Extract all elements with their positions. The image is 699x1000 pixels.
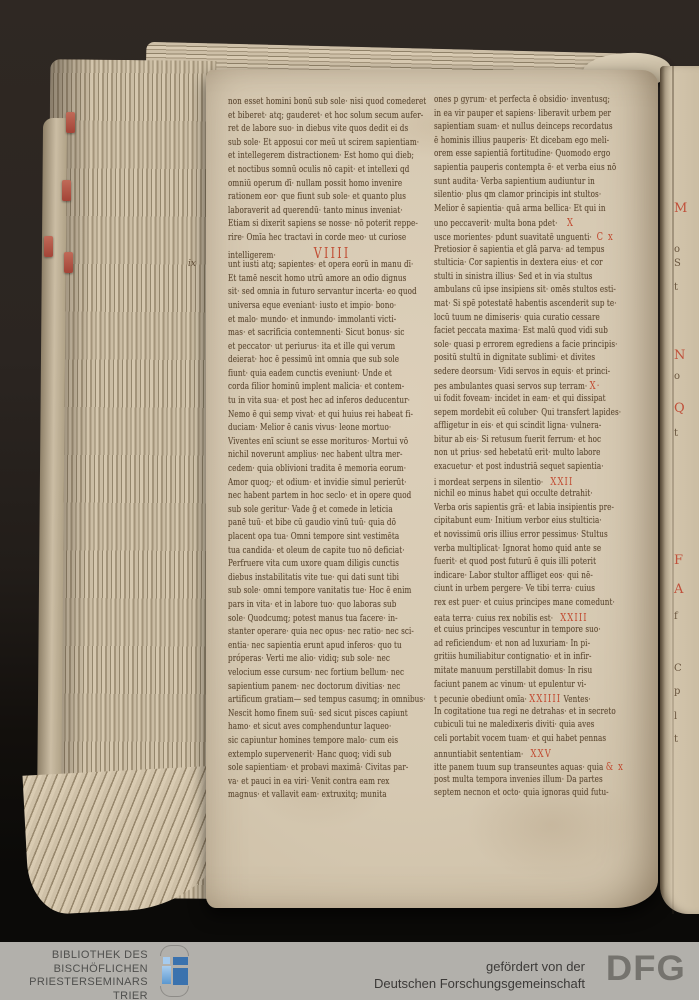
rubric-chapter-number: & x [606, 760, 624, 773]
manuscript-line: corda filior hominū implent malicia· et … [228, 381, 388, 395]
manuscript-line: et biberet· atq; gauderet· et hoc solum … [228, 110, 388, 124]
manuscript-text: stulticia· Cor sapientis in dextera eius… [434, 257, 603, 268]
manuscript-text: laboraverit ad querendū· tanto minus inv… [228, 205, 403, 216]
manuscript-line: Nescit homo finem suū· sed sicut pisces … [228, 708, 388, 722]
manuscript-line: non ut prius· sed hebetatū erit· multo l… [434, 447, 603, 461]
footer-banner: BIBLIOTHEK DES BISCHÖFLICHEN PRIESTERSEM… [0, 942, 699, 1000]
rubric-chapter-number: XXIII [560, 611, 588, 624]
manuscript-text: Melior ē sapientia· quā arma bellica· Et… [434, 203, 606, 214]
logo-arc-top [160, 945, 189, 956]
manuscript-line: bitur ab eis· Si retusum fuerit ferrum· … [434, 434, 603, 448]
rubric-chapter-number: XXII [550, 475, 573, 488]
manuscript-line: Et tamē nescit homo utrū amore an odio d… [228, 273, 388, 287]
text-column-left: non esset homini bonū sub sole· nisi quo… [228, 96, 438, 808]
manuscript-line: Pretiosior ē sapientia et glā parva· ad … [434, 244, 603, 258]
manuscript-line: indicare· Labor stultor affliget eos· qu… [434, 570, 603, 584]
cropped-margin-letter: C [674, 663, 682, 674]
manuscript-line: fuerit· et quod post futurū ē quis illi … [434, 556, 603, 570]
rubric-chapter-number: C x [597, 230, 614, 243]
manuscript-text: silentio· plus qm clamor principis int s… [434, 189, 601, 200]
manuscript-line: affligetur in eis· et qui scindit ligna·… [434, 420, 603, 434]
manuscript-text: sic capiuntur homines tempore malo· cum … [228, 735, 398, 746]
manuscript-line: sepem mordebit eū coluber· Qui transfert… [434, 407, 603, 421]
manuscript-text: Et tamē nescit homo utrū amore an odio d… [228, 273, 406, 284]
funding-credit: gefördert von der Deutschen Forschungsge… [374, 959, 585, 992]
funding-line1: gefördert von der [374, 959, 585, 976]
manuscript-line: hamo· et sicut aves comphenduntur laqueo… [228, 721, 388, 735]
manuscript-text: panē tuū· et bibe cū gaudio vinū tuū· qu… [228, 517, 396, 528]
manuscript-text: cedem· quia oblivioni tradita ē memoria … [228, 463, 406, 474]
manuscript-text: i mordeat serpens in silentio· [434, 477, 543, 488]
manuscript-line: Melior ē sapientia· quā arma bellica· Et… [434, 203, 603, 217]
manuscript-text: fiunt· quia eadem cunctis eveniunt· Unde… [228, 368, 392, 379]
cropped-margin-letter: N [674, 348, 685, 363]
cropped-margin-letter: f [674, 611, 678, 622]
spacer [523, 749, 530, 760]
manuscript-line: Et pecunie obediunt omīa· XXIIII Ventes· [434, 692, 603, 706]
manuscript-text: exacuetur· et post industriā sequet sapi… [434, 461, 604, 472]
manuscript-text: gritiis humiliabitur contignatio· et in … [434, 651, 592, 662]
manuscript-text: ui fodit foveam· incidet in eam· et qui … [434, 393, 606, 404]
manuscript-line: cedem· quia oblivioni tradita ē memoria … [228, 463, 388, 477]
manuscript-line: stulti in sinistra illius· Sed et in via… [434, 271, 603, 285]
manuscript-text: universa eque eveniant· iusto et impio· … [228, 300, 396, 311]
cropped-margin-letter: S [674, 258, 681, 269]
manuscript-line: sub sole geritur· Vade ḡ et comede in le… [228, 504, 388, 518]
manuscript-text: unt iusti atq; sapientes· et opera eorū … [228, 259, 413, 270]
manuscript-text: próperas· Verti me alio· vidiq; sub sole… [228, 653, 390, 664]
margin-note: ix [188, 259, 196, 269]
fore-edge-tab [44, 236, 53, 257]
fore-edge-tab [62, 180, 71, 201]
logo-bar-light [162, 966, 171, 984]
manuscript-text: sub sole· omni tempore vanitatis tue· Ho… [228, 585, 411, 596]
manuscript-text: in ea vir pauper et sapiens· liberavit u… [434, 108, 611, 119]
manuscript-line: laboraverit ad querendū· tanto minus inv… [228, 205, 388, 219]
manuscript-text: sunt audita· Verba sapientium audiuntur … [434, 176, 595, 187]
library-logo [153, 945, 195, 997]
manuscript-text: mat· Si spē potestatē habentis ascenderi… [434, 298, 617, 309]
manuscript-text: t pecunie obediunt omīa· [434, 694, 527, 705]
manuscript-text: verba multiplicat· Ignorat homo quid ant… [434, 543, 601, 554]
manuscript-line: próperas· Verti me alio· vidiq; sub sole… [228, 653, 388, 667]
manuscript-line: placent opa tua· Omni tempore sint vesti… [228, 531, 388, 545]
manuscript-line: sapientium panem· nec doctorum divitias·… [228, 681, 388, 695]
manuscript-line: sole sapientiam· et probavi maximā· Civi… [228, 762, 388, 776]
cropped-margin-letter: o [674, 371, 680, 382]
manuscript-line: exacuetur· et post industriā sequet sapi… [434, 461, 603, 475]
manuscript-line: Beata terra· cuius rex nobilis est· XXII… [434, 611, 603, 625]
manuscript-line: silentio· plus qm clamor principis int s… [434, 189, 603, 203]
manuscript-text: Ventes· [561, 694, 591, 705]
manuscript-line: va· et pauci in ea viri· Venit contra ea… [228, 776, 388, 790]
cropped-margin-letter: Q [674, 401, 685, 416]
manuscript-line: sapientiam suam· et nullus deinceps reco… [434, 121, 603, 135]
library-name-line1: BIBLIOTHEK DES [0, 949, 148, 963]
manuscript-line: Musce morientes· pdunt suavitatē unguent… [434, 230, 603, 244]
manuscript-text: omniū operum dī· nullam possit homo inve… [228, 178, 402, 189]
manuscript-text: va· et pauci in ea viri· Venit contra ea… [228, 776, 389, 787]
cropped-margin-letter: t [674, 734, 678, 745]
manuscript-line: sit· sed omnia in futuro servantur incer… [228, 286, 388, 300]
manuscript-line: ones p gyrum· et perfecta ē obsidio· inv… [434, 94, 603, 108]
manuscript-text: hamo· et sicut aves comphenduntur laqueo… [228, 721, 391, 732]
manuscript-text: Verba oris sapientis grā· et labia insip… [434, 502, 614, 513]
funding-line2: Deutschen Forschungsgemeinschaft [374, 976, 585, 993]
manuscript-line: sole· Quodcumq; potest manus tua facere·… [228, 613, 388, 627]
manuscript-text: mas· et sacrificia contemnenti· Sicut bo… [228, 327, 405, 338]
dfg-logo: DFG [606, 949, 686, 989]
manuscript-line: rire· Omīa hec tractavi in corde meo· ut… [228, 232, 388, 246]
manuscript-line: duciam· Melior ē canis vivus· leone mort… [228, 422, 388, 436]
manuscript-line: intelligerem· VIIII [228, 246, 388, 260]
manuscript-line: in ea vir pauper et sapiens· liberavit u… [434, 108, 603, 122]
manuscript-line: post multa tempora invenies illum· Da pa… [434, 774, 603, 788]
spacer [558, 218, 567, 229]
manuscript-text: itte panem tuum sup transeuntes aquas· q… [434, 762, 603, 773]
manuscript-line: et intellegerem distractionem· Est homo … [228, 150, 388, 164]
manuscript-line: nichil eo minus habet qui occulte detrah… [434, 488, 603, 502]
manuscript-text: sedere deorsum· Vidi servos in equis· et… [434, 366, 610, 377]
manuscript-text: duciam· Melior ē canis vivus· leone mort… [228, 422, 391, 433]
manuscript-text: et cuius principes vescuntur in tempore … [434, 624, 601, 635]
manuscript-text: faciunt panem ac vinum· ut epulentur vi- [434, 679, 586, 690]
manuscript-text: non esset homini bonū sub sole· nisi quo… [228, 96, 426, 107]
manuscript-text: et malo· mundo· et inmundo· immolanti vi… [228, 314, 396, 325]
manuscript-text: fuerit· et quod post futurū ē quis illi … [434, 556, 596, 567]
manuscript-text: sapientium panem· nec doctorum divitias·… [228, 681, 400, 692]
cropped-margin-letter: p [674, 686, 680, 697]
manuscript-line: sic capiuntur homines tempore malo· cum … [228, 735, 388, 749]
manuscript-text: diebus instabilitatis vite tue· qui dati… [228, 572, 399, 583]
manuscript-line: universa eque eveniant· iusto et impio· … [228, 300, 388, 314]
manuscript-line: mitate manuum perstillabit domus· In ris… [434, 665, 603, 679]
manuscript-text: sub sole· Et apposui cor meū ut scirem s… [228, 137, 419, 148]
manuscript-text: cipitabunt eum· Initium verbor eius stul… [434, 515, 602, 526]
manuscript-line: rationem eor· que fiunt sub sole· et qua… [228, 191, 388, 205]
manuscript-text: ret de labore suo· in diebus vite quos d… [228, 123, 408, 134]
library-name-line3: PRIESTERSEMINARS TRIER [0, 976, 148, 1000]
manuscript-line: Perfruere vita cum uxore quam diligis cu… [228, 558, 388, 572]
manuscript-line: non esset homini bonū sub sole· nisi quo… [228, 96, 388, 110]
manuscript-line: Mitte panem tuum sup transeuntes aquas· … [434, 760, 603, 774]
manuscript-text: locū tuum ne dimiseris· quia curatio ces… [434, 312, 600, 323]
manuscript-line: omniū operum dī· nullam possit homo inve… [228, 178, 388, 192]
library-name-line2: BISCHÖFLICHEN [0, 963, 148, 977]
manuscript-text: septem necnon et octo· quia ignoras quid… [434, 787, 609, 798]
manuscript-text: ambulans cū ipse insipiens sit· omēs stu… [434, 284, 616, 295]
rubric-chapter-number: X· [590, 379, 601, 392]
logo-block-dark-bottom [173, 968, 188, 985]
manuscript-text: extemplo supervenerit· Hanc quoq; vidi s… [228, 749, 392, 760]
manuscript-text: Pretiosior ē sapientia et glā parva· ad … [434, 244, 605, 255]
manuscript-line: nichil noverunt amplius· nec habent ultr… [228, 449, 388, 463]
rubric-chapter-number: XXIIII [529, 692, 561, 705]
manuscript-text: artificum gratiam— sed tempus casumq; in… [228, 694, 426, 705]
manuscript-line: In cogitatione tua regi ne detrahas· et … [434, 706, 603, 720]
manuscript-line: sapientia pauperis contempta ē· et verba… [434, 162, 603, 176]
manuscript-line: Nemo ē qui semp vivat· et qui huius rei … [228, 409, 388, 423]
manuscript-text: Nemo ē qui semp vivat· et qui huius rei … [228, 409, 413, 420]
digitized-manuscript-page: ix non esset homini bonū sub sole· nisi … [0, 0, 699, 1000]
manuscript-text: corda filior hominū implent malicia· et … [228, 381, 404, 392]
manuscript-line: entia· nec sapientia erunt apud inferos·… [228, 640, 388, 654]
manuscript-text: sole sapientiam· et probavi maximā· Civi… [228, 762, 408, 773]
manuscript-line: stanter operare· quia nec opus· nec rati… [228, 626, 388, 640]
manuscript-line: Etiam si dixerit sapiens se nosse· nō po… [228, 218, 388, 232]
manuscript-line: uno peccaverit· multa bona pdet· X [434, 216, 603, 230]
manuscript-text: ē hominis illius pauperis· Et dicebam eg… [434, 135, 609, 146]
manuscript-text: indicare· Labor stultor affliget eos· qu… [434, 570, 593, 581]
manuscript-text: rire· Omīa hec tractavi in corde meo· ut… [228, 232, 406, 243]
manuscript-text: entia· nec sapientia erunt apud inferos·… [228, 640, 402, 651]
manuscript-text: positū stultū in dignitate sublimi· et d… [434, 352, 595, 363]
manuscript-line: pes ambulantes quasi servos sup terram· … [434, 379, 603, 393]
manuscript-line: ē hominis illius pauperis· Et dicebam eg… [434, 135, 603, 149]
manuscript-line: sedere deorsum· Vidi servos in equis· et… [434, 366, 603, 380]
manuscript-text: annuntiabit sententiam· [434, 749, 523, 760]
manuscript-line: cubiculi tui ne maledixeris diviti· quia… [434, 719, 603, 733]
manuscript-line: gritiis humiliabitur contignatio· et in … [434, 651, 603, 665]
rubric-chapter-number: XXV [531, 747, 552, 760]
manuscript-line: Si mordeat serpens in silentio· XXII [434, 475, 603, 489]
manuscript-line: nec habent partem in hoc seclo· et in op… [228, 490, 388, 504]
manuscript-line: extemplo supervenerit· Hanc quoq; vidi s… [228, 749, 388, 763]
fore-edge-tab [64, 252, 73, 273]
manuscript-text: rationem eor· que fiunt sub sole· et qua… [228, 191, 406, 202]
cropped-margin-letter: A [674, 582, 683, 597]
manuscript-line: annuntiabit sententiam· XXV [434, 747, 603, 761]
manuscript-line: ambulans cū ipse insipiens sit· omēs stu… [434, 284, 603, 298]
manuscript-line: ret de labore suo· in diebus vite quos d… [228, 123, 388, 137]
manuscript-text: Nescit homo finem suū· sed sicut pisces … [228, 708, 408, 719]
manuscript-line: deierat· hoc ē pessimū int omnia que sub… [228, 354, 388, 368]
manuscript-text: magnus· et vallavit eam· extruxitq; muni… [228, 789, 387, 800]
cropped-margin-letter: t [674, 428, 678, 439]
manuscript-photo: ix non esset homini bonū sub sole· nisi … [0, 0, 699, 942]
manuscript-text: et noctibus somnū oculis nō capit· et in… [228, 164, 409, 175]
manuscript-line: mat· Si spē potestatē habentis ascenderi… [434, 298, 603, 312]
manuscript-line: magnus· et vallavit eam· extruxitq; muni… [228, 789, 388, 803]
manuscript-text: nec habent partem in hoc seclo· et in op… [228, 490, 411, 501]
manuscript-line: tua candida· et oleum de capite tuo nō d… [228, 545, 388, 559]
manuscript-line: et peccator· ut periurus· ita et ille qu… [228, 341, 388, 355]
manuscript-text: sapientiam suam· et nullus deinceps reco… [434, 121, 613, 132]
manuscript-line: et malo· mundo· et inmundo· immolanti vi… [228, 314, 388, 328]
manuscript-text: sit· sed omnia in futuro servantur incer… [228, 286, 417, 297]
manuscript-text: et novissimū oris illius error pessimus·… [434, 529, 608, 540]
manuscript-line: mas· et sacrificia contemnenti· Sicut bo… [228, 327, 388, 341]
manuscript-text: velocium esse cursum· nec fortium bellum… [228, 667, 404, 678]
manuscript-text: Perfruere vita cum uxore quam diligis cu… [228, 558, 399, 569]
manuscript-text: Amor quoq;· et odium· et invidie simul p… [228, 477, 407, 488]
manuscript-line: Qui fodit foveam· incidet in eam· et qui… [434, 393, 603, 407]
manuscript-line: Sunt iusti atq; sapientes· et opera eorū… [228, 259, 388, 273]
manuscript-text: sub sole geritur· Vade ḡ et comede in le… [228, 504, 393, 515]
manuscript-text: sole· Quodcumq; potest manus tua facere·… [228, 613, 398, 624]
manuscript-line: pars in vita· et in labore tuo· quo labo… [228, 599, 388, 613]
manuscript-text: pars in vita· et in labore tuo· quo labo… [228, 599, 396, 610]
manuscript-text: stulti in sinistra illius· Sed et in via… [434, 271, 592, 282]
fore-edge-tab [66, 112, 75, 133]
manuscript-line: stulticia· Cor sapientis in dextera eius… [434, 257, 603, 271]
manuscript-text: et intellegerem distractionem· Est homo … [228, 150, 414, 161]
manuscript-text: sole· quasi p errorem egrediens a facie … [434, 339, 618, 350]
cropped-margin-letter: F [674, 553, 683, 568]
cropped-margin-letter: M [674, 201, 687, 216]
manuscript-line: Amor quoq;· et odium· et invidie simul p… [228, 477, 388, 491]
manuscript-text: mitate manuum perstillabit domus· In ris… [434, 665, 592, 676]
manuscript-text: usce morientes· pdunt suavitatē unguenti… [434, 232, 592, 243]
manuscript-text: celi portabit vocem tuam· et qui habet p… [434, 733, 606, 744]
manuscript-text: ones p gyrum· et perfecta ē obsidio· inv… [434, 94, 610, 105]
manuscript-text: placent opa tua· Omni tempore sint vesti… [228, 531, 399, 542]
manuscript-text: cubiculi tui ne maledixeris diviti· quia… [434, 719, 594, 730]
rubric-chapter-number: X [567, 216, 574, 229]
manuscript-text: tu in vita sua· et post hec ad inferos d… [228, 395, 410, 406]
manuscript-line: sole· quasi p errorem egrediens a facie … [434, 339, 603, 353]
manuscript-text: bitur ab eis· Si retusum fuerit ferrum· … [434, 434, 601, 445]
manuscript-text: orem esse sapientiā fortitudine· Quomodo… [434, 148, 610, 159]
manuscript-line: et cuius principes vescuntur in tempore … [434, 624, 603, 638]
manuscript-line: sub sole· omni tempore vanitatis tue· Ho… [228, 585, 388, 599]
manuscript-line: ciunt in urbem pergere· Ve tibi terra· c… [434, 583, 603, 597]
manuscript-text: affligetur in eis· et qui scindit ligna·… [434, 420, 601, 431]
manuscript-text: In cogitatione tua regi ne detrahas· et … [434, 706, 616, 717]
manuscript-text: post multa tempora invenies illum· Da pa… [434, 774, 603, 785]
manuscript-line: cipitabunt eum· Initium verbor eius stul… [434, 515, 603, 529]
manuscript-text: sapientia pauperis contempta ē· et verba… [434, 162, 616, 173]
manuscript-line: tu in vita sua· et post hec ad inferos d… [228, 395, 388, 409]
manuscript-line: panē tuū· et bibe cū gaudio vinū tuū· qu… [228, 517, 388, 531]
manuscript-text: pes ambulantes quasi servos sup terram· [434, 381, 587, 392]
manuscript-text: et peccator· ut periurus· ita et ille qu… [228, 341, 395, 352]
spacer [553, 613, 560, 624]
manuscript-text: stanter operare· quia nec opus· nec rati… [228, 626, 414, 637]
manuscript-text: deierat· hoc ē pessimū int omnia que sub… [228, 354, 399, 365]
manuscript-text: tua candida· et oleum de capite tuo nō d… [228, 545, 405, 556]
manuscript-line: locū tuum ne dimiseris· quia curatio ces… [434, 312, 603, 326]
manuscript-line: et noctibus somnū oculis nō capit· et in… [228, 164, 388, 178]
logo-arc-bottom [160, 986, 189, 997]
manuscript-line: faciunt panem ac vinum· ut epulentur vi- [434, 679, 603, 693]
manuscript-text: uno peccaverit· multa bona pdet· [434, 218, 558, 229]
manuscript-line: celi portabit vocem tuam· et qui habet p… [434, 733, 603, 747]
cropped-margin-letter: o [674, 244, 680, 255]
cropped-margin-letter: t [674, 282, 678, 293]
manuscript-line: velocium esse cursum· nec fortium bellum… [228, 667, 388, 681]
manuscript-line: verba multiplicat· Ignorat homo quid ant… [434, 543, 603, 557]
manuscript-line: Viventes enī sciunt se esse morituros· M… [228, 436, 388, 450]
manuscript-line: sunt audita· Verba sapientium audiuntur … [434, 176, 603, 190]
manuscript-text: Etiam si dixerit sapiens se nosse· nō po… [228, 218, 418, 229]
manuscript-line: faciet peccata maxima· Est malū quod vid… [434, 325, 603, 339]
manuscript-line: fiunt· quia eadem cunctis eveniunt· Unde… [228, 368, 388, 382]
manuscript-line: ad reficiendum· et non ad luxuriam· In p… [434, 638, 603, 652]
manuscript-line: rex est puer· et cuius principes mane co… [434, 597, 603, 611]
logo-block-dark-top [173, 957, 188, 965]
manuscript-text: nichil noverunt amplius· nec habent ultr… [228, 449, 403, 460]
manuscript-text: Viventes enī sciunt se esse morituros· M… [228, 436, 408, 447]
next-page-fore-edge: MoStNoQtFAfCplt [660, 66, 699, 914]
parchment-page: ix non esset homini bonū sub sole· nisi … [206, 70, 658, 908]
logo-square-light [163, 957, 170, 964]
manuscript-text: faciet peccata maxima· Est malū quod vid… [434, 325, 608, 336]
manuscript-text: rex est puer· et cuius principes mane co… [434, 597, 615, 608]
manuscript-text: sepem mordebit eū coluber· Qui transfert… [434, 407, 621, 418]
text-column-right: ones p gyrum· et perfecta ē obsidio· inv… [434, 94, 656, 806]
manuscript-line: et novissimū oris illius error pessimus·… [434, 529, 603, 543]
manuscript-text: non ut prius· sed hebetatū erit· multo l… [434, 447, 600, 458]
manuscript-line: sub sole· Et apposui cor meū ut scirem s… [228, 137, 388, 151]
manuscript-line: artificum gratiam— sed tempus casumq; in… [228, 694, 388, 708]
manuscript-text: et biberet· atq; gauderet· et hoc solum … [228, 110, 423, 121]
cropped-margin-letter: l [674, 711, 677, 722]
manuscript-line: septem necnon et octo· quia ignoras quid… [434, 787, 603, 801]
manuscript-line: Verba oris sapientis grā· et labia insip… [434, 502, 603, 516]
manuscript-line: positū stultū in dignitate sublimi· et d… [434, 352, 603, 366]
manuscript-line: orem esse sapientiā fortitudine· Quomodo… [434, 148, 603, 162]
manuscript-line: diebus instabilitatis vite tue· qui dati… [228, 572, 388, 586]
manuscript-text: ad reficiendum· et non ad luxuriam· In p… [434, 638, 590, 649]
manuscript-text: eata terra· cuius rex nobilis est· [434, 613, 553, 624]
library-name: BIBLIOTHEK DES BISCHÖFLICHEN PRIESTERSEM… [0, 949, 148, 1000]
manuscript-text: nichil eo minus habet qui occulte detrah… [434, 488, 593, 499]
manuscript-text: ciunt in urbem pergere· Ve tibi terra· c… [434, 583, 595, 594]
